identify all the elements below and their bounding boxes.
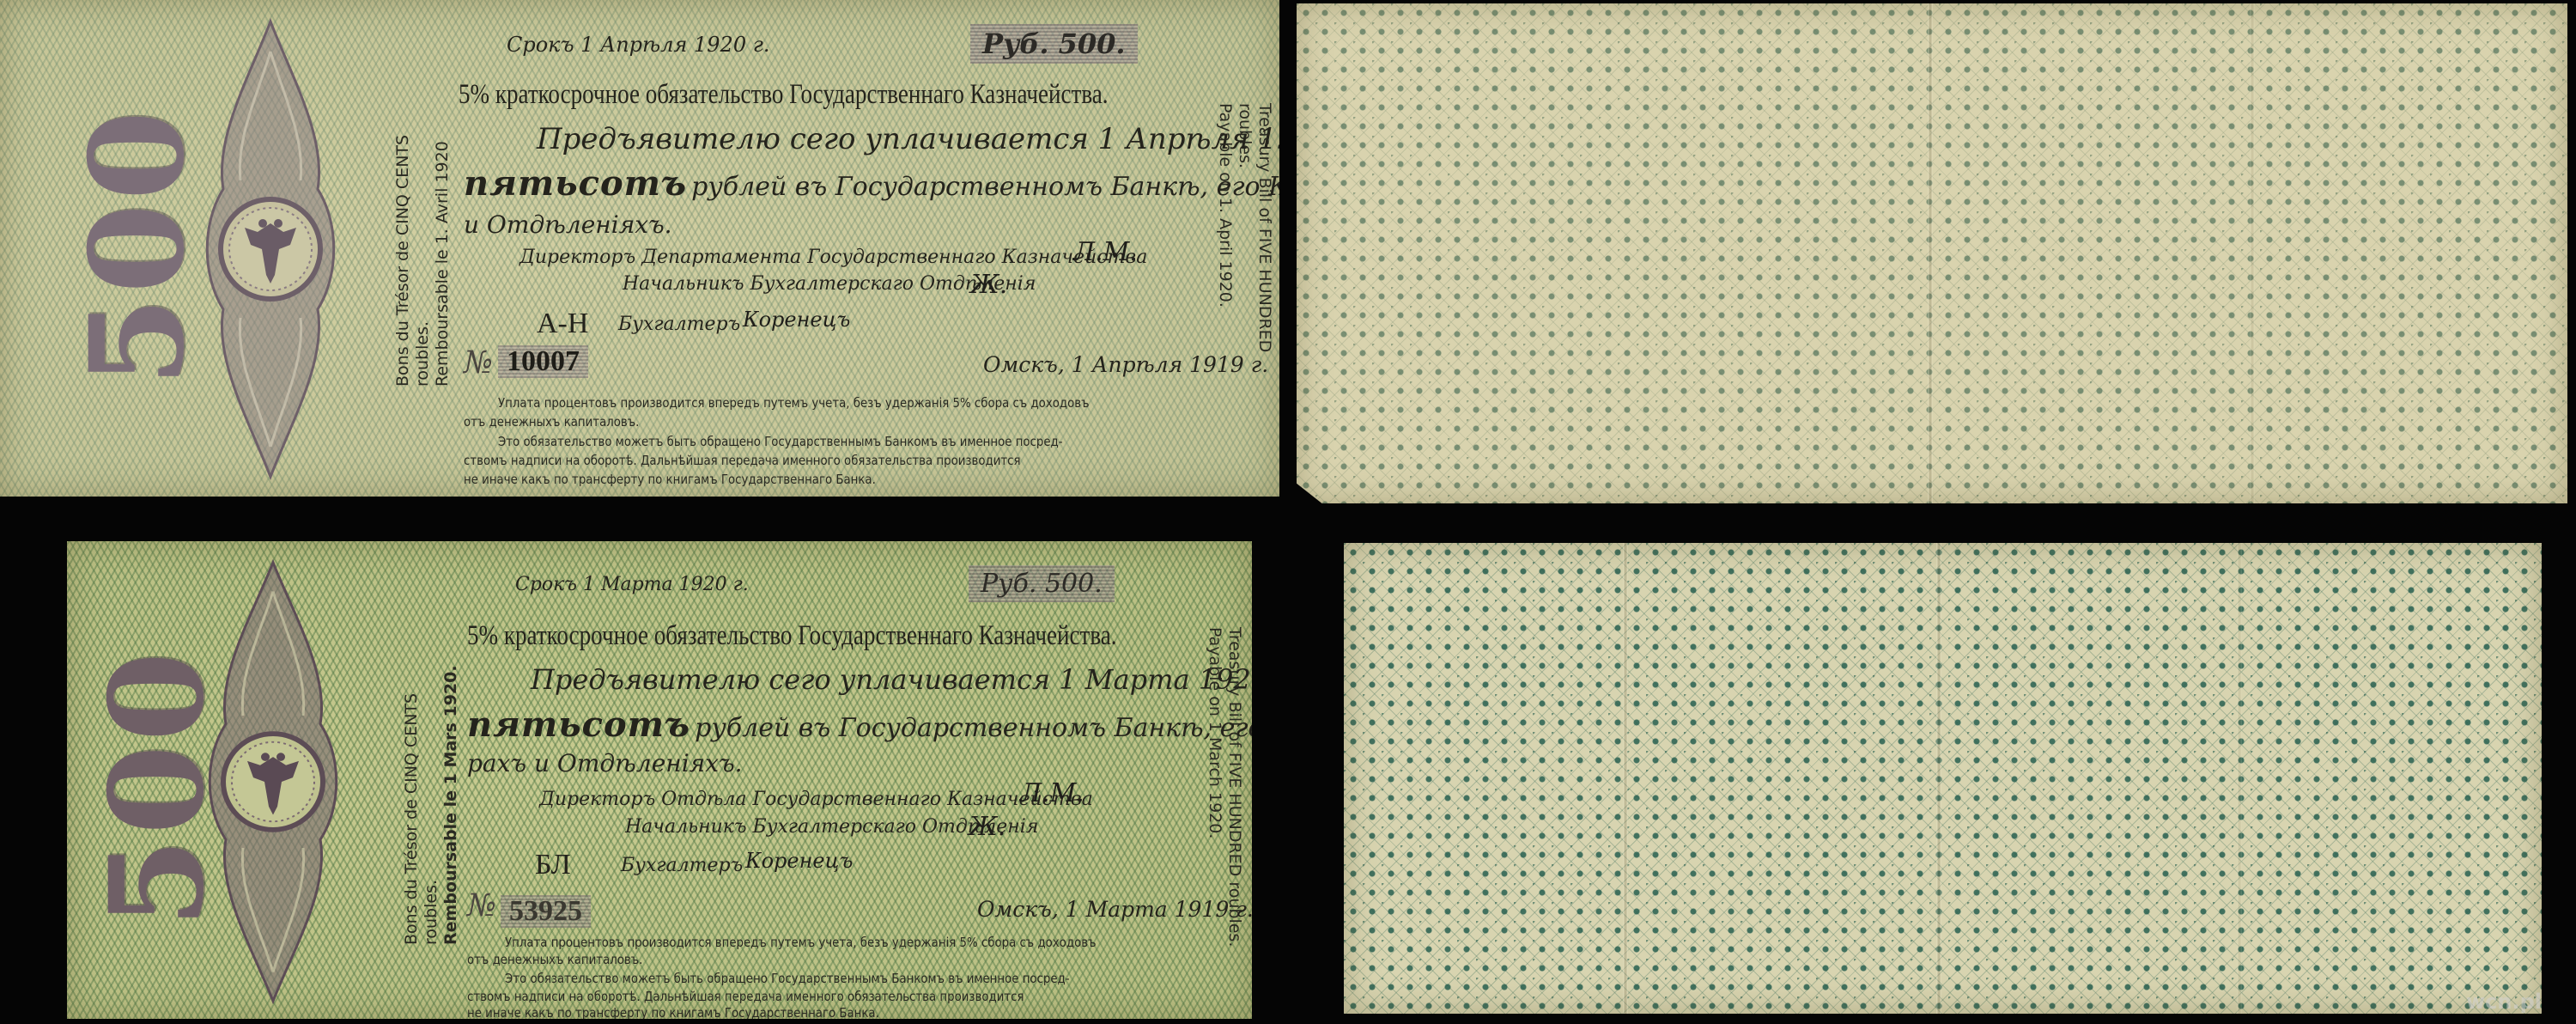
fine-print-line-1: Уплата процентовъ производится впередъ п… [505, 935, 1097, 950]
payee-line: Предъявителю сего уплачивается 1 Апрѣля … [537, 122, 1279, 156]
director-title: Директоръ Департамента Государственнаго … [519, 247, 1147, 268]
head-accounting-signature: Ж. [970, 270, 1007, 300]
sum-line: пятьсотъ рублей въ Государственномъ Банк… [464, 163, 1279, 204]
accountant-title: Бухгалтеръ [621, 855, 743, 876]
amount-label: Руб. 500. [970, 24, 1138, 64]
serial-number: 10007 [498, 345, 588, 378]
accountant-signature: Коренецъ [745, 849, 853, 873]
note-1-front: 500 Bons du Trésor de CINQ CENTS roubles… [0, 0, 1279, 497]
place-date: Омскъ, 1 Апрѣля 1919 г. [983, 352, 1268, 377]
fold-crease [1936, 543, 1941, 1014]
director-title: Директоръ Отдѣла Государственнаго Казнач… [539, 789, 1093, 810]
french-side-text: Bons du Trésor de CINQ CENTS roubles. Re… [393, 86, 453, 387]
sum-line-continuation: рахъ и Отдѣленіяхъ. [467, 749, 743, 777]
due-date: Срокъ 1 Марта 1920 г. [515, 574, 749, 595]
sum-line-rest: рублей въ Государственномъ Банкѣ, его Ко… [691, 172, 1279, 202]
fine-print-line-4: ствомъ надписи на оборотѣ. Дальнѣйшая пе… [464, 453, 1020, 468]
sum-word: пятьсотъ [464, 163, 687, 204]
side-left-line-2: Remboursable le 1 Mars 1920. [441, 636, 461, 945]
fold-crease [2237, 543, 2242, 1014]
fold-crease [1928, 3, 1933, 503]
denomination-numeral: 500 [93, 670, 187, 928]
note-2-front: 500 Bons du Trésor de CINQ CENTS roubles… [67, 541, 1252, 1019]
sum-line-continuation: и Отдѣленіяхъ. [464, 210, 672, 239]
director-signature: Л.М. [1020, 778, 1084, 808]
sum-line: пятьсотъ рублей въ Государственномъ Банк… [467, 704, 1252, 745]
french-side-text: Bons du Trésor de CINQ CENTS roubles. Re… [402, 636, 461, 945]
fine-print-line-5: не иначе какъ по трансферту по книгамъ Г… [467, 1005, 879, 1019]
series-code: А-Н [537, 308, 588, 340]
sum-word: пятьсотъ [467, 704, 690, 745]
fine-print-line-3: Это обязательство можетъ быть обращено Г… [498, 434, 1063, 449]
serial-number: 53925 [501, 895, 591, 928]
due-date: Срокъ 1 Апрѣля 1920 г. [507, 33, 769, 57]
number-sign: № [464, 345, 493, 381]
note-title: 5% краткосрочное обязательство Государст… [467, 620, 1117, 652]
fold-crease [1623, 543, 1628, 1014]
accountant-title: Бухгалтеръ [618, 314, 740, 335]
payee-line: Предъявителю сего уплачивается 1 Марта 1… [531, 663, 1252, 696]
denomination-numeral: 500 [73, 129, 167, 387]
double-headed-eagle-emblem-icon [197, 17, 343, 481]
fine-print-line-2: отъ денежныхъ капиталовъ. [467, 952, 642, 967]
note-1-back [1297, 3, 2567, 503]
accountant-signature: Коренецъ [743, 308, 850, 332]
head-accounting-signature: Ж. [969, 812, 1005, 842]
fine-print-line-4: ствомъ надписи на оборотѣ. Дальнѣйшая пе… [467, 989, 1024, 1004]
side-left-line-1: Bons du Trésor de CINQ CENTS roubles. [393, 86, 433, 387]
director-signature: Л.М. [1073, 237, 1138, 267]
fold-crease [2250, 3, 2255, 503]
note-title: 5% краткосрочное обязательство Государст… [459, 79, 1109, 111]
sum-line-rest: рублей въ Государственномъ Банкѣ, его Ко… [695, 713, 1252, 743]
fine-print-line-1: Уплата процентовъ производится впередъ п… [498, 395, 1090, 411]
fine-print-line-2: отъ денежныхъ капиталовъ. [464, 414, 639, 430]
fine-print-line-5: не иначе какъ по трансферту по книгамъ Г… [464, 472, 876, 487]
number-sign: № [467, 888, 496, 923]
double-headed-eagle-emblem-icon [200, 558, 346, 1005]
side-left-line-1: Bons du Trésor de CINQ CENTS roubles. [402, 636, 441, 945]
fine-print-line-3: Это обязательство можетъ быть обращено Г… [505, 971, 1070, 986]
side-left-line-2: Remboursable le 1. Avril 1920 [433, 86, 453, 387]
place-date: Омскъ, 1 Марта 1919 г. [977, 897, 1252, 922]
amount-label: Руб. 500. [969, 565, 1115, 602]
series-code: БЛ [535, 849, 571, 881]
note-2-back [1344, 543, 2542, 1014]
watermark: wcn.pl [2466, 990, 2542, 1014]
